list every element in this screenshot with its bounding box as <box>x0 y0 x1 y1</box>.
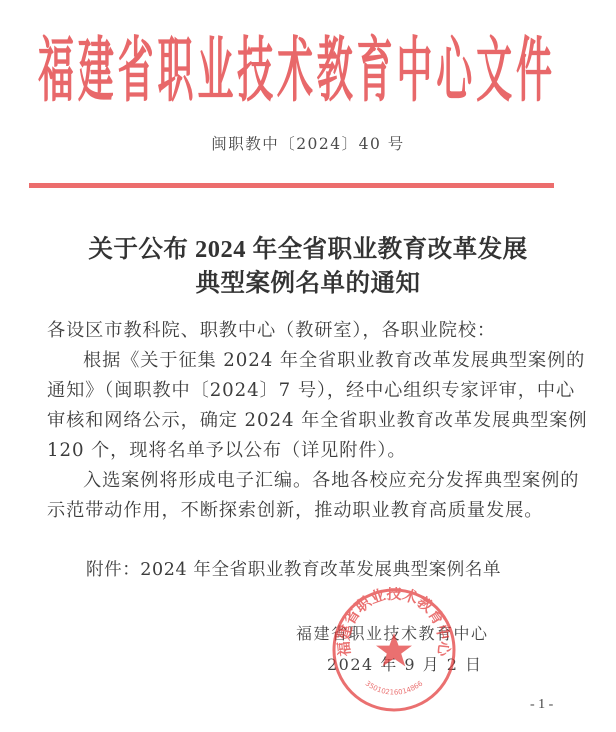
notice-title-line-2: 典型案例名单的通知 <box>0 264 616 299</box>
masthead-char: 心 <box>436 38 472 108</box>
notice-title-line-1: 关于公布 2024 年全省职业教育改革发展 <box>0 230 616 265</box>
paragraph-1-line-2: 通知》（闽职教中〔2024〕7 号），经中心组织专家评审，中心 <box>47 379 575 403</box>
paragraph-2-line-2: 示范带动作用，不断探索创新，推动职业教育高质量发展。 <box>47 499 543 523</box>
masthead-char: 术 <box>277 38 313 108</box>
page-number: - 1 - <box>530 697 553 713</box>
masthead-char: 职 <box>157 38 193 108</box>
document-number: 闽职教中〔2024〕40 号 <box>0 132 616 154</box>
salutation: 各设区市教科院、职教中心（教研室），各职业院校： <box>47 319 496 343</box>
star-icon <box>376 633 412 666</box>
paragraph-1-line-4: 120 个，现将名单予以公布（详见附件）。 <box>47 439 406 463</box>
paragraph-1-line-3: 审核和网络公示，确定 2024 年全省职业教育改革发展典型案例 <box>47 409 587 433</box>
red-divider-rule <box>29 183 554 188</box>
masthead-char: 教 <box>317 38 353 108</box>
masthead-char: 业 <box>197 38 233 108</box>
masthead-char: 建 <box>78 38 114 108</box>
paragraph-2-line-1: 入选案例将形成电子汇编。各地各校应充分发挥典型案例的 <box>83 469 579 493</box>
masthead-char: 中 <box>396 38 432 108</box>
masthead-char: 文 <box>476 38 512 108</box>
masthead-char: 福 <box>38 38 74 108</box>
seal-number: 35010216014866 <box>364 679 425 697</box>
attachment-reference: 附件：2024 年全省职业教育改革发展典型案例名单 <box>86 558 501 582</box>
masthead-char: 件 <box>516 38 552 108</box>
official-seal: 福建省职业技术教育中心 35010216014866 <box>331 587 457 713</box>
masthead-char: 技 <box>237 38 273 108</box>
paragraph-1-line-1: 根据《关于征集 2024 年全省职业教育改革发展典型案例的 <box>83 349 585 373</box>
masthead-char: 育 <box>357 38 393 108</box>
masthead-title: 福 建 省 职 业 技 术 教 育 中 心 文 件 <box>38 34 552 112</box>
masthead-char: 省 <box>118 38 154 108</box>
